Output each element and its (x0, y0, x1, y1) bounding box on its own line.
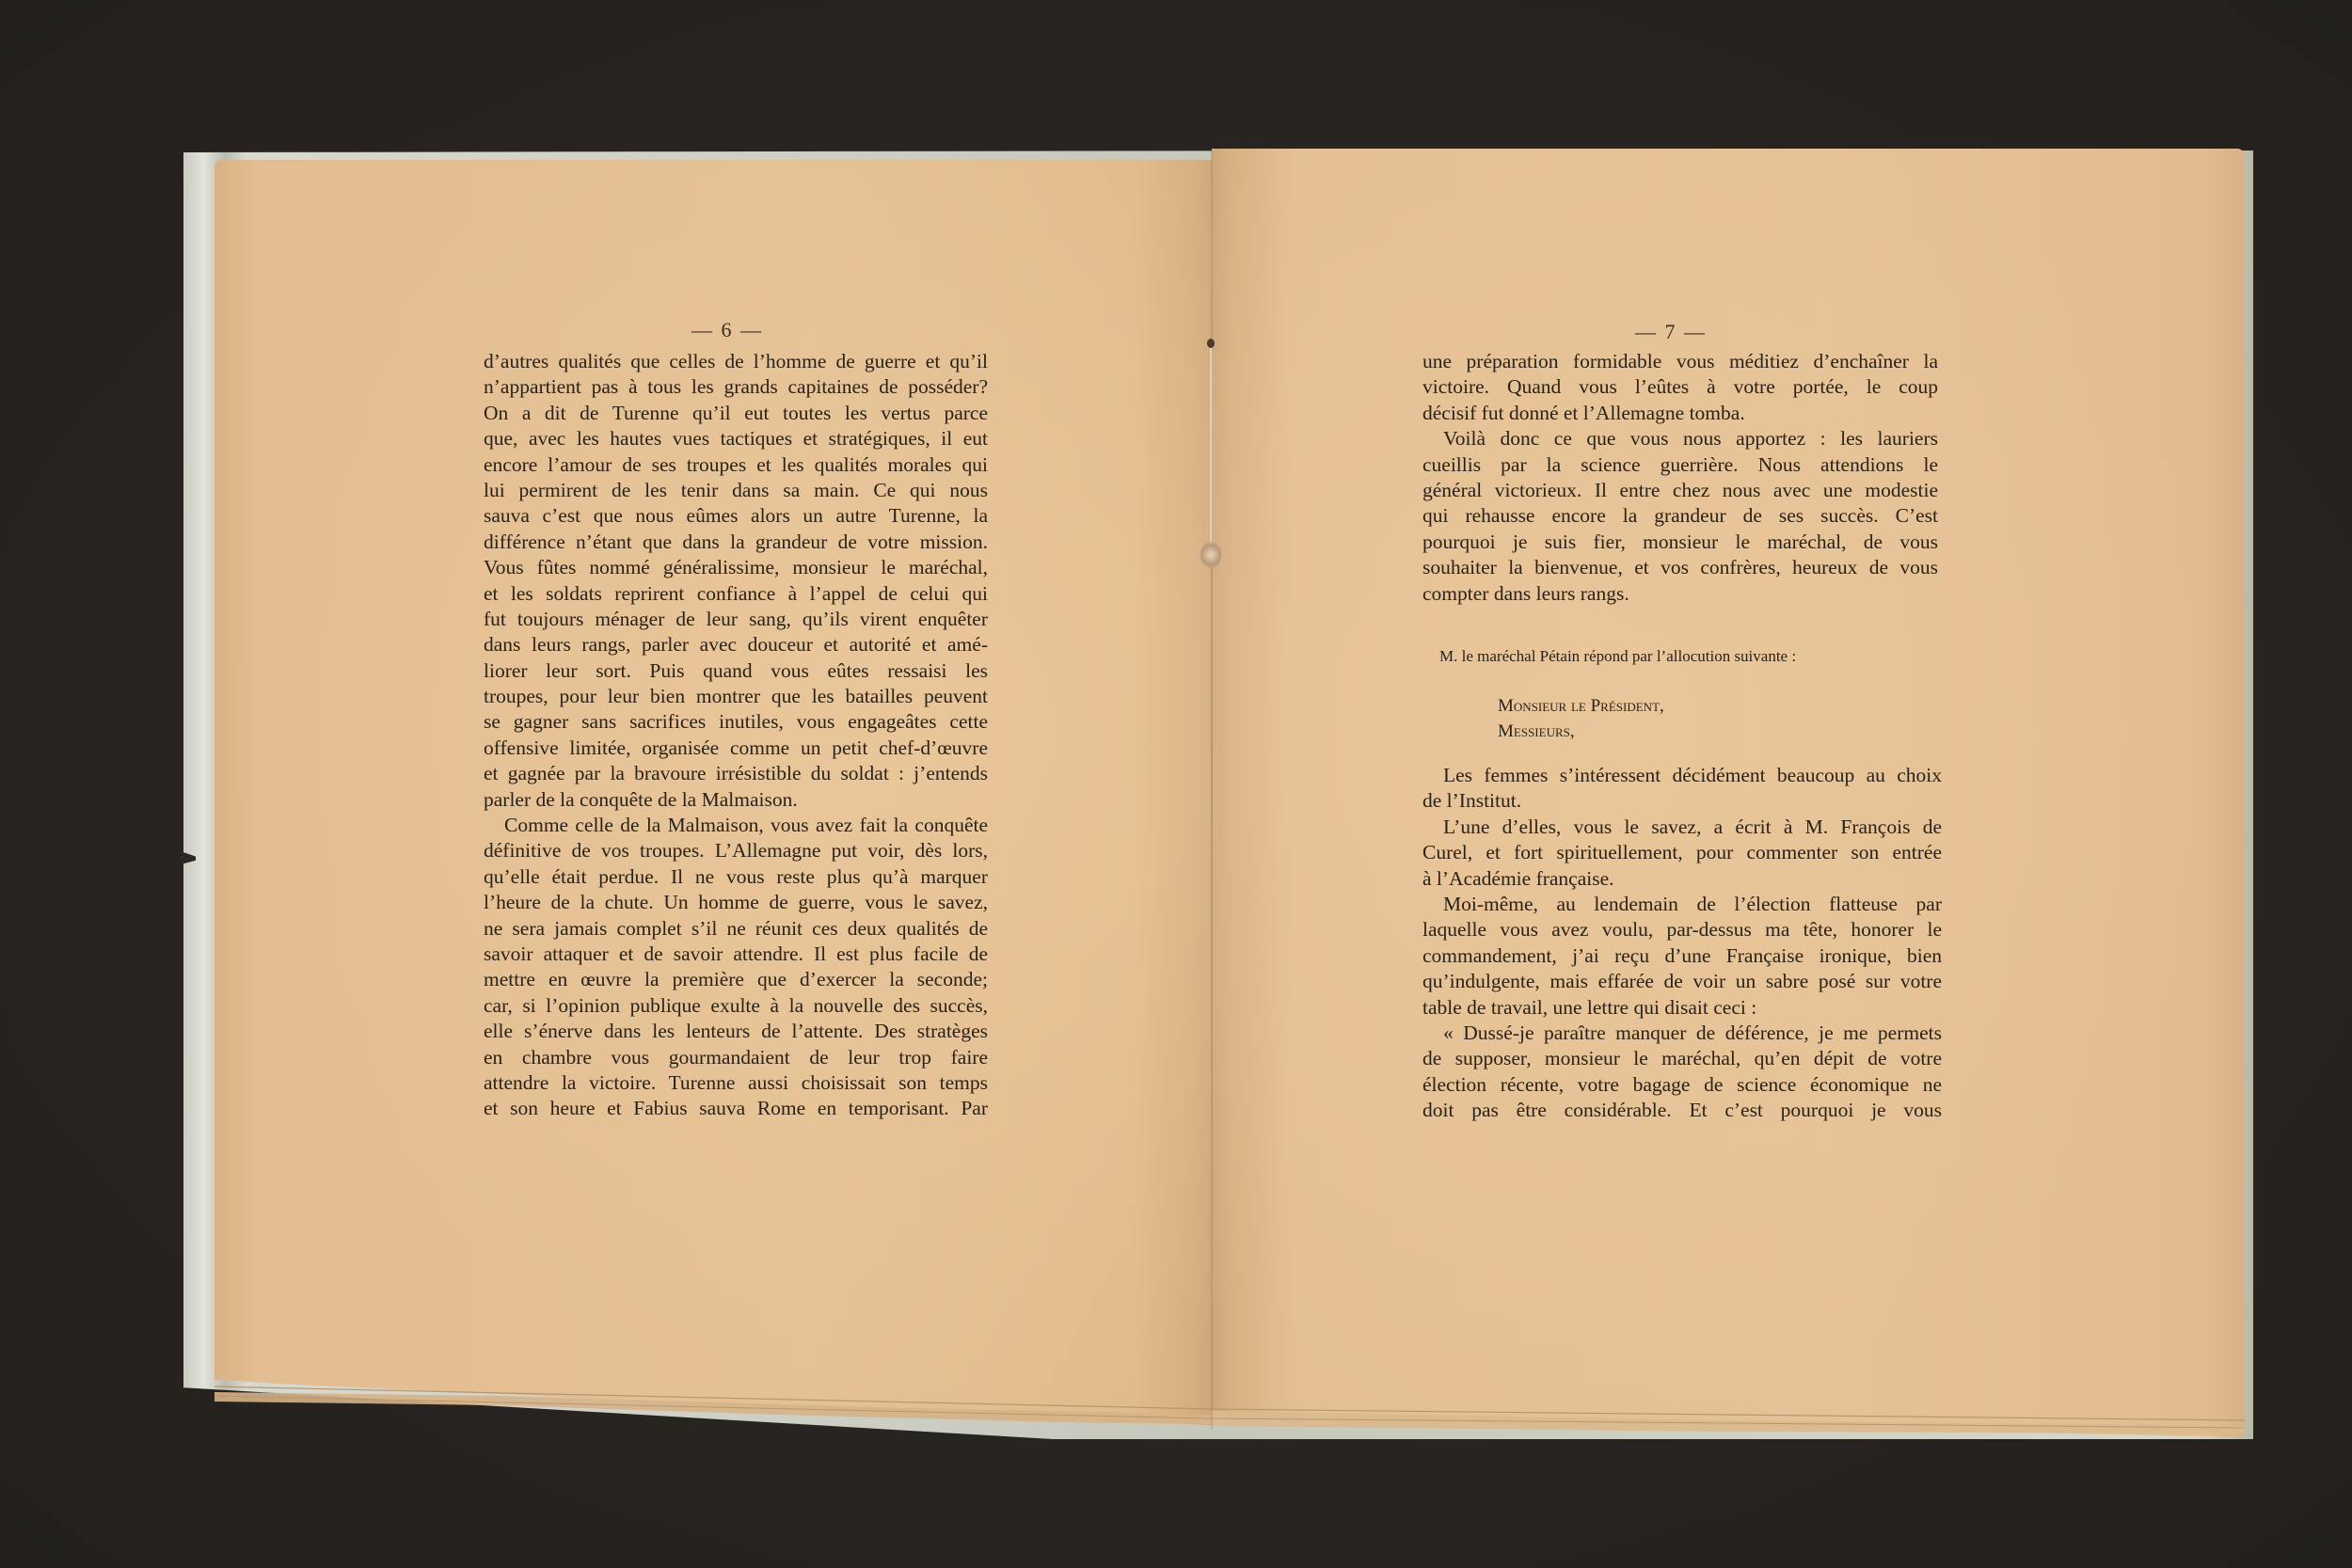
text-line: que, avec les hautes vues tactiques et s… (484, 426, 988, 451)
text-line: d’autres qualités que celles de l’homme … (484, 349, 988, 374)
right-page-text-bottom: Les femmes s’intéressent décidément beau… (1422, 763, 1942, 1123)
text-line: souhaiter la bienvenue, et vos confrères… (1422, 555, 1938, 580)
text-line: qu’elle était perdue. Il ne vous reste p… (484, 864, 988, 890)
binding-hole (1207, 339, 1215, 348)
text-line: Comme celle de la Malmaison, vous avez f… (484, 813, 988, 838)
text-line: cueillis par la science guerrière. Nous … (1422, 452, 1938, 478)
text-line: table de travail, une lettre qui disait … (1422, 995, 1942, 1021)
text-line: commandement, j’ai reçu d’une Française … (1422, 943, 1942, 969)
text-line: savoir attaquer et de savoir attendre. I… (484, 942, 988, 967)
text-line: troupes, pour leur bien montrer que les … (484, 684, 988, 709)
text-line: laquelle vous avez voulu, par-dessus ma … (1422, 917, 1942, 942)
text-line: ne sera jamais complet s’il ne réunit ce… (484, 916, 988, 942)
right-page-text-top: une préparation formidable vous méditiez… (1422, 349, 1938, 607)
text-line: dans leurs rangs, parler avec douceur et… (484, 632, 988, 657)
text-line: sauva c’est que nous eûmes alors un autr… (484, 503, 988, 529)
response-intro: M. le maréchal Pétain répond par l’alloc… (1439, 647, 1796, 666)
text-line: général victorieux. Il entre chez nous a… (1422, 478, 1938, 503)
page-number-left: — 6 — (691, 318, 763, 342)
text-line: attendre la victoire. Turenne aussi choi… (484, 1070, 988, 1096)
text-line: Les femmes s’intéressent décidément beau… (1422, 763, 1942, 788)
text-line: pourquoi je suis fier, monsieur le maréc… (1422, 530, 1938, 555)
text-line: On a dit de Turenne qu’il eut toutes les… (484, 401, 988, 426)
text-line: de supposer, monsieur le maréchal, qu’en… (1422, 1046, 1942, 1071)
text-line: elle s’énerve dans les lenteurs de l’att… (484, 1019, 988, 1044)
text-line: en chambre vous gourmandaient de leur tr… (484, 1045, 988, 1070)
text-line: Curel, et fort spirituellement, pour com… (1422, 840, 1942, 865)
text-line: parler de la conquête de la Malmaison. (484, 787, 988, 813)
page-number-right: — 7 — (1635, 320, 1707, 344)
text-line: définitive de vos troupes. L’Allemagne p… (484, 838, 988, 863)
text-line: Voilà donc ce que vous nous apportez : l… (1422, 426, 1938, 451)
text-line: lui permirent de les tenir dans sa main.… (484, 478, 988, 503)
text-line: « Dussé-je paraître manquer de déférence… (1422, 1021, 1942, 1046)
text-line: mettre en œuvre la première que d’exerce… (484, 967, 988, 992)
text-line: qui rehausse encore la grandeur de ses s… (1422, 503, 1938, 529)
text-line: fut toujours ménager de leur sang, qu’il… (484, 607, 988, 632)
text-line: doit pas être considérable. Et c’est pou… (1422, 1098, 1942, 1123)
text-line: et les soldats reprirent confiance à l’a… (484, 581, 988, 607)
text-line: et son heure et Fabius sauva Rome en tem… (484, 1096, 988, 1121)
text-line: élection récente, votre bagage de scienc… (1422, 1072, 1942, 1098)
text-line: liorer leur sort. Puis quand vous eûtes … (484, 658, 988, 684)
page-bottom-edges (215, 1373, 2245, 1439)
text-line: L’une d’elles, vous le savez, a écrit à … (1422, 815, 1942, 840)
text-line: à l’Académie française. (1422, 866, 1942, 892)
text-line: qu’indulgente, mais effarée de voir un s… (1422, 969, 1942, 994)
text-line: différence n’étant que dans la grandeur … (484, 530, 988, 555)
text-line: victoire. Quand vous l’eûtes à votre por… (1422, 374, 1938, 400)
text-line: n’appartient pas à tous les grands capit… (484, 374, 988, 400)
text-line: Vous fûtes nommé généralissime, monsieur… (484, 555, 988, 580)
binding-knot (1200, 541, 1221, 569)
text-line: se gagner sans sacrifices inutiles, vous… (484, 709, 988, 735)
text-line: compter dans leurs rangs. (1422, 581, 1938, 607)
left-page-text: d’autres qualités que celles de l’homme … (484, 349, 988, 1122)
text-line: une préparation formidable vous méditiez… (1422, 349, 1938, 374)
salutation-line: Monsieur le Président, (1498, 693, 1664, 719)
binding-thread (1209, 341, 1213, 557)
text-line: de l’Institut. (1422, 788, 1942, 814)
salutation-line: Messieurs, (1498, 719, 1664, 744)
salutation-block: Monsieur le Président, Messieurs, (1498, 693, 1664, 744)
text-line: décisif fut donné et l’Allemagne tomba. (1422, 401, 1938, 426)
text-line: offensive limitée, organisée comme un pe… (484, 736, 988, 761)
text-line: car, si l’opinion publique exulte à la n… (484, 993, 988, 1019)
text-line: encore l’amour de ses troupes et les qua… (484, 452, 988, 478)
text-line: Moi-même, au lendemain de l’élection fla… (1422, 892, 1942, 917)
text-line: et gagnée par la bravoure irrésistible d… (484, 761, 988, 786)
text-line: l’heure de la chute. Un homme de guerre,… (484, 890, 988, 915)
